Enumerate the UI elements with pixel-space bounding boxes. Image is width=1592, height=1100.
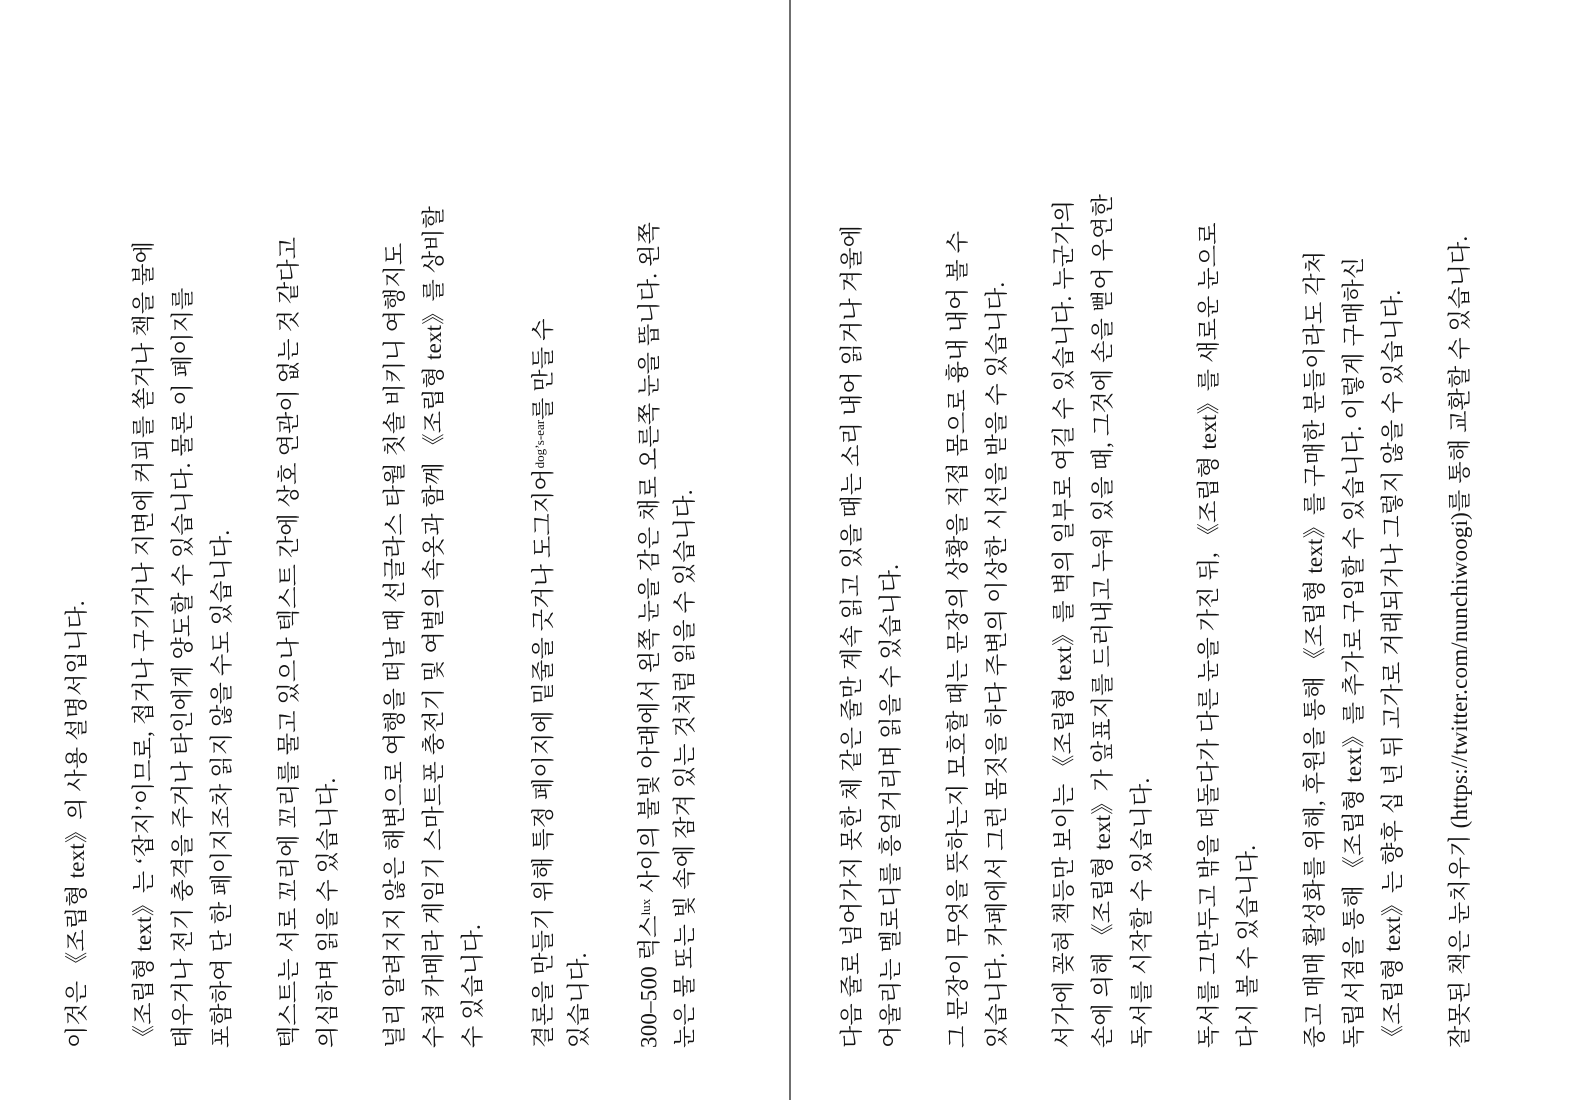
text-line: 다음 줄로 넘어가지 못한 체 같은 줄만 계속 읽고 있을 때는 소리 내어 … — [832, 128, 871, 1048]
text-line: 있습니다. 카페에서 그런 몸짓을 하다 주변의 이상한 시선을 받을 수 있습… — [977, 128, 1016, 1048]
text-line: 널리 알려지지 않은 해변으로 여행을 떠날 때 선글라스 타월 칫솔 비키니 … — [375, 128, 414, 1048]
text-line: 300–500 럭스lux 사이의 불빛 아래에서 왼쪽 눈을 감은 채로 오른… — [626, 128, 665, 1048]
text-segment: 300–500 럭스 — [637, 915, 662, 1048]
paragraph: 텍스트는 서로 꼬리에 꼬리를 물고 있으나 텍스트 간에 상호 연관이 없는 … — [269, 128, 347, 1048]
text-line: 《조립형 text》는 ‘잡지’이므로, 접거나 구기거나 지면에 커피를 쏟거… — [124, 128, 163, 1048]
text-line: 독립서점을 통해 《조립형 text》를 추가로 구입할 수 있습니다. 이렇게… — [1334, 128, 1373, 1048]
text-line: 손에 의해 《조립형 text》가 앞표지를 드러내고 누워 있을 때, 그것에… — [1083, 128, 1122, 1048]
right-page: 다음 줄로 넘어가지 못한 체 같은 줄만 계속 읽고 있을 때는 소리 내어 … — [792, 0, 1592, 1100]
text-line: 독서를 그만두고 밖을 떠돌다가 다른 눈을 가진 뒤, 《조립형 text》를… — [1189, 128, 1228, 1048]
text-line: 잘못된 책은 눈치우기 (https://twitter.com/nunchiw… — [1440, 128, 1479, 1048]
paragraph: 이것은 《조립형 text》의 사용 설명서입니다. — [57, 128, 96, 1048]
text-line: 그 문장이 무엇을 뜻하는지 모호할 때는 문장의 상황을 직접 몸으로 흉내 … — [938, 128, 977, 1048]
paragraph: 다음 줄로 넘어가지 못한 체 같은 줄만 계속 읽고 있을 때는 소리 내어 … — [832, 128, 910, 1048]
paragraph: 서가에 꽂혀 책등만 보이는 《조립형 text》를 벽의 일부로 여길 수 있… — [1044, 128, 1161, 1048]
paragraph: 널리 알려지지 않은 해변으로 여행을 떠날 때 선글라스 타월 칫솔 비키니 … — [375, 128, 492, 1048]
left-page-text-block: 이것은 《조립형 text》의 사용 설명서입니다. 《조립형 text》는 ‘… — [57, 128, 707, 1048]
text-segment: 결론을 만들기 위해 특정 페이지에 밑줄을 긋거나 도그지어 — [531, 468, 556, 1048]
text-line: 수 있습니다. — [453, 128, 492, 1048]
text-line: 어울리는 멜로디를 흥얼거리며 읽을 수 있습니다. — [871, 128, 910, 1048]
paragraph: 《조립형 text》는 ‘잡지’이므로, 접거나 구기거나 지면에 커피를 쏟거… — [124, 128, 241, 1048]
text-line: 의심하며 읽을 수 있습니다. — [308, 128, 347, 1048]
text-segment: 사이의 불빛 아래에서 왼쪽 눈을 감은 채로 오른쪽 눈을 뜹니다. 왼쪽 — [637, 222, 662, 899]
text-line: 독서를 시작할 수 있습니다. — [1122, 128, 1161, 1048]
paragraph: 독서를 그만두고 밖을 떠돌다가 다른 눈을 가진 뒤, 《조립형 text》를… — [1189, 128, 1267, 1048]
left-page: 이것은 《조립형 text》의 사용 설명서입니다. 《조립형 text》는 ‘… — [0, 0, 790, 1100]
text-line: 서가에 꽂혀 책등만 보이는 《조립형 text》를 벽의 일부로 여길 수 있… — [1044, 128, 1083, 1048]
text-line: 태우거나 전기 충격을 주거나 타인에게 양도할 수 있습니다. 물론 이 페이… — [163, 128, 202, 1048]
paragraph: 결론을 만들기 위해 특정 페이지에 밑줄을 긋거나 도그지어dog’s-ear… — [520, 128, 598, 1048]
text-line: 결론을 만들기 위해 특정 페이지에 밑줄을 긋거나 도그지어dog’s-ear… — [520, 128, 559, 1048]
text-line: 다시 볼 수 있습니다. — [1228, 128, 1267, 1048]
superscript-dogs-ear: dog’s-ear — [532, 420, 547, 468]
text-line: 《조립형 text》는 향후 십 년 뒤 고가로 거래되거나 그렇지 않을 수 … — [1373, 128, 1412, 1048]
paragraph: 잘못된 책은 눈치우기 (https://twitter.com/nunchiw… — [1440, 128, 1479, 1048]
right-page-text-block: 다음 줄로 넘어가지 못한 체 같은 줄만 계속 읽고 있을 때는 소리 내어 … — [832, 128, 1482, 1048]
page-divider-line — [789, 0, 791, 1100]
superscript-lux: lux — [638, 899, 653, 916]
text-line: 있습니다. — [559, 128, 598, 1048]
text-line: 수첩 카메라 게임기 스마트폰 충전기 및 여벌의 속옷과 함께 《조립형 te… — [414, 128, 453, 1048]
text-segment: 를 만들 수 — [531, 318, 556, 420]
text-line: 텍스트는 서로 꼬리에 꼬리를 물고 있으나 텍스트 간에 상호 연관이 없는 … — [269, 128, 308, 1048]
text-line: 중고 매매 활성화를 위해, 후원을 통해 《조립형 text》를 구매한 분들… — [1295, 128, 1334, 1048]
paragraph: 그 문장이 무엇을 뜻하는지 모호할 때는 문장의 상황을 직접 몸으로 흉내 … — [938, 128, 1016, 1048]
paragraph: 300–500 럭스lux 사이의 불빛 아래에서 왼쪽 눈을 감은 채로 오른… — [626, 128, 704, 1048]
text-line: 포함하여 단 한 페이지조차 읽지 않을 수도 있습니다. — [202, 128, 241, 1048]
text-line: 눈은 물 또는 빛 속에 잠겨 있는 것처럼 읽을 수 있습니다. — [665, 128, 704, 1048]
text-line: 이것은 《조립형 text》의 사용 설명서입니다. — [57, 128, 96, 1048]
paragraph: 중고 매매 활성화를 위해, 후원을 통해 《조립형 text》를 구매한 분들… — [1295, 128, 1412, 1048]
